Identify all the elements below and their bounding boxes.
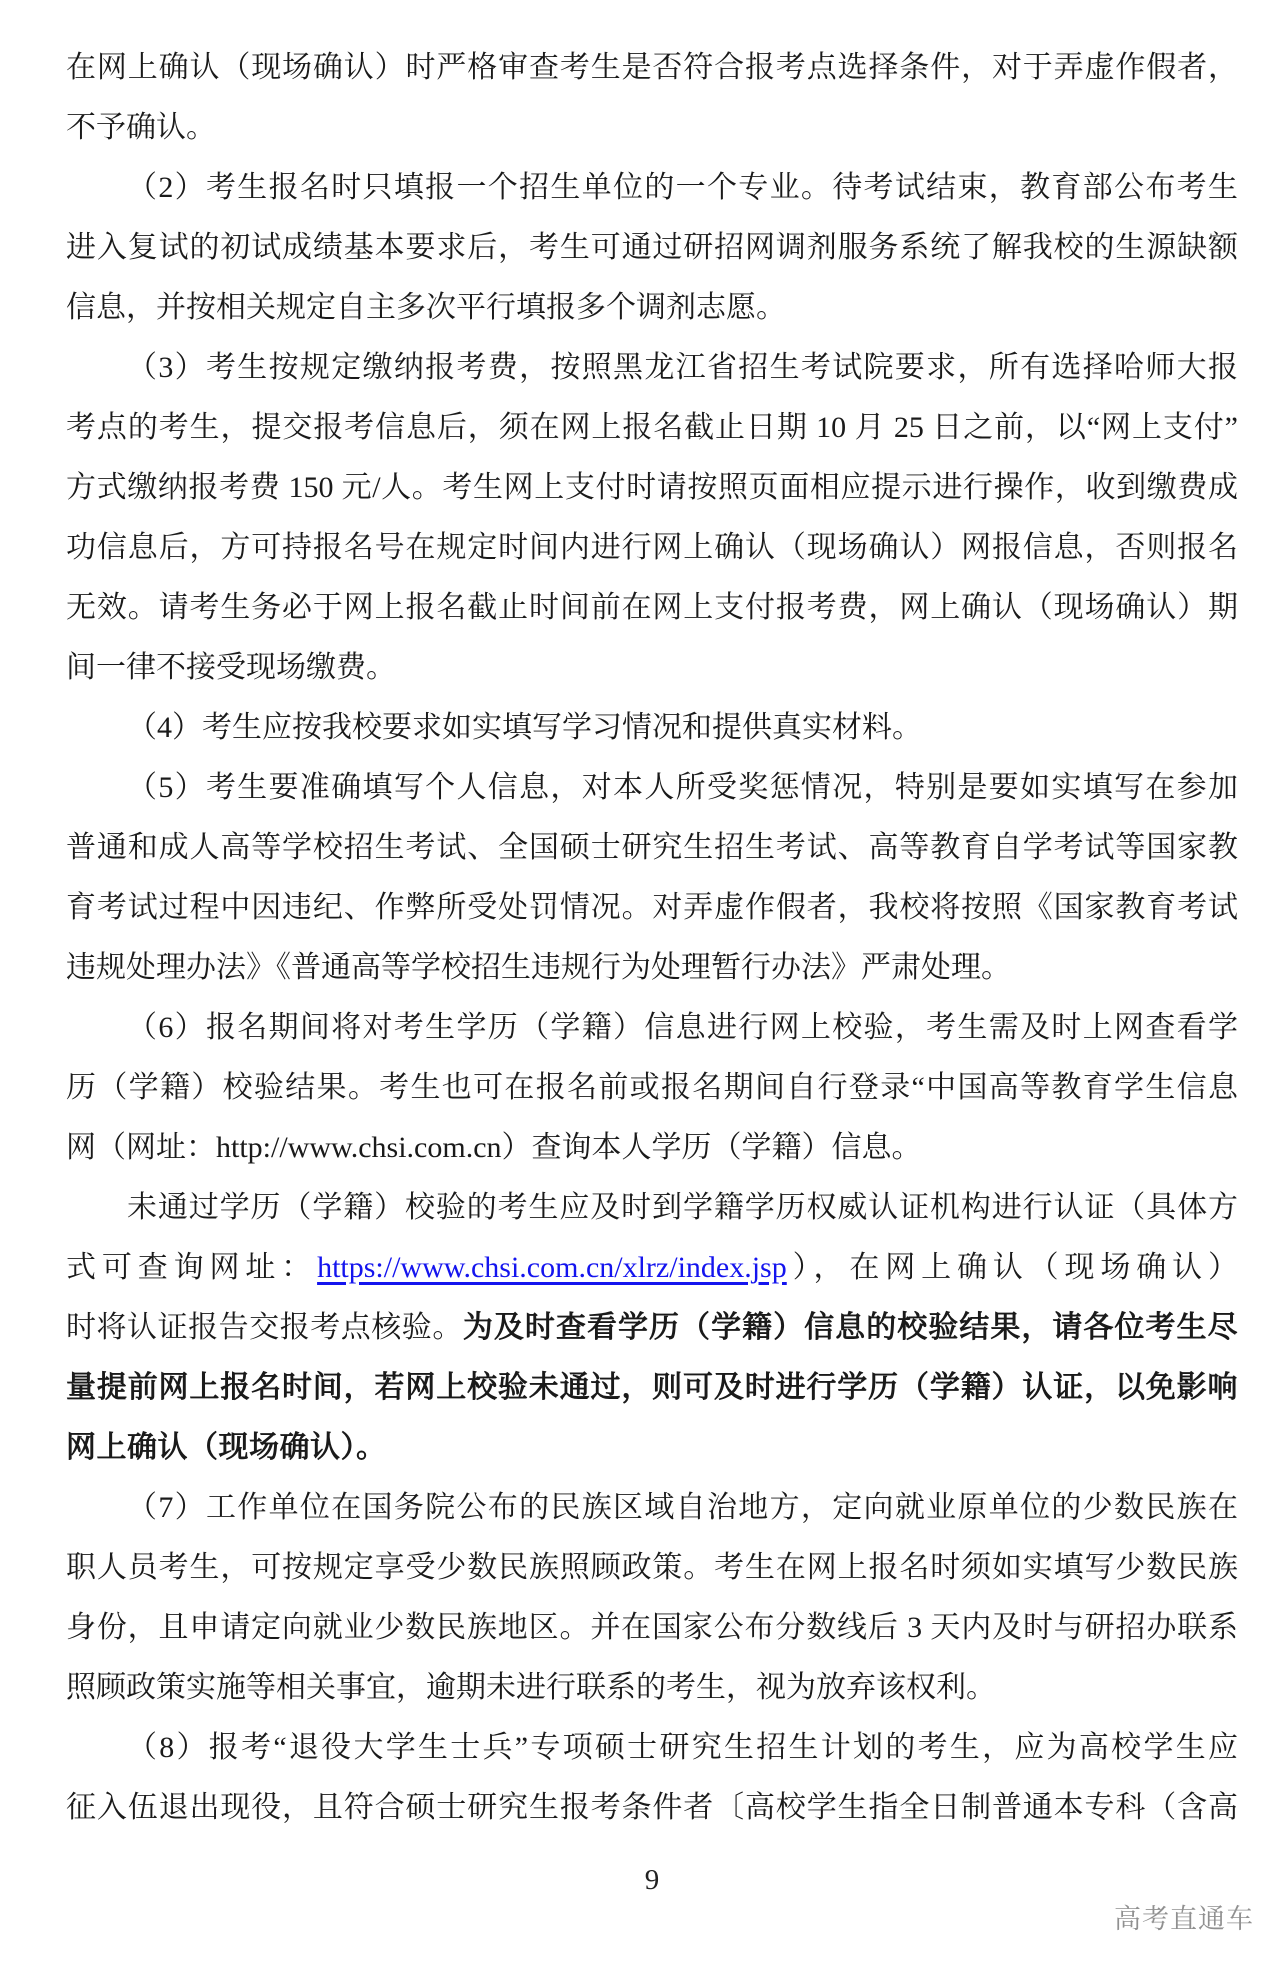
text-line: 普通和成人高等学校招生考试、全国硕士研究生招生考试、高等教育自学考试等国家教 [66, 818, 1238, 878]
bold-text-segment: 为及时查看学历（学籍）信息的校验结果，请各位考生尽 [463, 1311, 1238, 1344]
text-segment: 考点的考生，提交报考信息后，须在网上报名截止日期 10 月 25 日之前，以“网… [66, 411, 1238, 444]
text-line: 无效。请考生务必于网上报名截止时间前在网上支付报考费，网上确认（现场确认）期 [66, 578, 1238, 638]
text-line: 网上确认（现场确认）。 [66, 1418, 1238, 1478]
text-segment: 不予确认。 [66, 111, 216, 144]
text-segment: 功信息后，方可持报名号在规定时间内进行网上确认（现场确认）网报信息，否则报名 [66, 531, 1238, 564]
text-line: 不予确认。 [66, 98, 1238, 158]
text-segment: （4）考生应按我校要求如实填写学习情况和提供真实材料。 [127, 711, 922, 744]
text-line: 信息，并按相关规定自主多次平行填报多个调剂志愿。 [66, 278, 1238, 338]
text-line: 征入伍退出现役，且符合硕士研究生报考条件者〔高校学生指全日制普通本专科（含高 [66, 1778, 1238, 1838]
text-line: （3）考生按规定缴纳报考费，按照黑龙江省招生考试院要求，所有选择哈师大报 [66, 338, 1238, 398]
text-line: 网（网址：http://www.chsi.com.cn）查询本人学历（学籍）信息… [66, 1118, 1238, 1178]
text-segment: ），在网上确认（现场确认） [787, 1251, 1238, 1284]
text-segment: 身份，且申请定向就业少数民族地区。并在国家公布分数线后 3 天内及时与研招办联系 [66, 1611, 1238, 1644]
text-segment: 信息，并按相关规定自主多次平行填报多个调剂志愿。 [66, 291, 786, 324]
document-lines: 在网上确认（现场确认）时严格审查考生是否符合报考点选择条件，对于弄虚作假者，不予… [66, 38, 1238, 1838]
text-line: 未通过学历（学籍）校验的考生应及时到学籍学历权威认证机构进行认证（具体方 [66, 1178, 1238, 1238]
text-line: 方式缴纳报考费 150 元/人。考生网上支付时请按照页面相应提示进行操作，收到缴… [66, 458, 1238, 518]
text-segment: （5）考生要准确填写个人信息，对本人所受奖惩情况，特别是要如实填写在参加 [127, 771, 1238, 804]
text-line: 间一律不接受现场缴费。 [66, 638, 1238, 698]
text-segment: （6）报名期间将对考生学历（学籍）信息进行网上校验，考生需及时上网查看学 [127, 1011, 1238, 1044]
text-line: 违规处理办法》《普通高等学校招生违规行为处理暂行办法》严肃处理。 [66, 938, 1238, 998]
text-segment: （8）报考“退役大学生士兵”专项硕士研究生招生计划的考生，应为高校学生应 [127, 1731, 1238, 1764]
text-line: 历（学籍）校验结果。考生也可在报名前或报名期间自行登录“中国高等教育学生信息 [66, 1058, 1238, 1118]
bold-text-segment: 量提前网上报名时间，若网上校验未通过，则可及时进行学历（学籍）认证，以免影响 [66, 1371, 1238, 1404]
text-segment: 时将认证报告交报考点核验。 [66, 1311, 463, 1344]
chsi-verification-link[interactable]: https://www.chsi.com.cn/xlrz/index.jsp [317, 1251, 787, 1284]
text-line: 考点的考生，提交报考信息后，须在网上报名截止日期 10 月 25 日之前，以“网… [66, 398, 1238, 458]
text-line: （2）考生报名时只填报一个招生单位的一个专业。待考试结束，教育部公布考生 [66, 158, 1238, 218]
text-line: 育考试过程中因违纪、作弊所受处罚情况。对弄虚作假者，我校将按照《国家教育考试 [66, 878, 1238, 938]
text-line: 职人员考生，可按规定享受少数民族照顾政策。考生在网上报名时须如实填写少数民族 [66, 1538, 1238, 1598]
text-line: （4）考生应按我校要求如实填写学习情况和提供真实材料。 [66, 698, 1238, 758]
text-segment: 历（学籍）校验结果。考生也可在报名前或报名期间自行登录“中国高等教育学生信息 [66, 1071, 1238, 1104]
text-line: （6）报名期间将对考生学历（学籍）信息进行网上校验，考生需及时上网查看学 [66, 998, 1238, 1058]
text-line: 身份，且申请定向就业少数民族地区。并在国家公布分数线后 3 天内及时与研招办联系 [66, 1598, 1238, 1658]
text-segment: 照顾政策实施等相关事宜，逾期未进行联系的考生，视为放弃该权利。 [66, 1671, 996, 1704]
text-line: （7）工作单位在国务院公布的民族区域自治地方，定向就业原单位的少数民族在 [66, 1478, 1238, 1538]
text-segment: 方式缴纳报考费 150 元/人。考生网上支付时请按照页面相应提示进行操作，收到缴… [66, 471, 1238, 504]
text-segment: （3）考生按规定缴纳报考费，按照黑龙江省招生考试院要求，所有选择哈师大报 [127, 351, 1238, 384]
text-segment: 在网上确认（现场确认）时严格审查考生是否符合报考点选择条件，对于弄虚作假者， [66, 51, 1238, 84]
text-segment: 进入复试的初试成绩基本要求后，考生可通过研招网调剂服务系统了解我校的生源缺额 [66, 231, 1238, 264]
text-line: 量提前网上报名时间，若网上校验未通过，则可及时进行学历（学籍）认证，以免影响 [66, 1358, 1238, 1418]
text-line: 照顾政策实施等相关事宜，逾期未进行联系的考生，视为放弃该权利。 [66, 1658, 1238, 1718]
text-line: 进入复试的初试成绩基本要求后，考生可通过研招网调剂服务系统了解我校的生源缺额 [66, 218, 1238, 278]
text-line: 在网上确认（现场确认）时严格审查考生是否符合报考点选择条件，对于弄虚作假者， [66, 38, 1238, 98]
text-segment: 普通和成人高等学校招生考试、全国硕士研究生招生考试、高等教育自学考试等国家教 [66, 831, 1238, 864]
text-segment: （2）考生报名时只填报一个招生单位的一个专业。待考试结束，教育部公布考生 [127, 171, 1238, 204]
document-page: 在网上确认（现场确认）时严格审查考生是否符合报考点选择条件，对于弄虚作假者，不予… [0, 0, 1280, 1962]
text-segment: 网（网址：http://www.chsi.com.cn）查询本人学历（学籍）信息… [66, 1131, 922, 1164]
text-segment: 征入伍退出现役，且符合硕士研究生报考条件者〔高校学生指全日制普通本专科（含高 [66, 1791, 1238, 1824]
text-segment: （7）工作单位在国务院公布的民族区域自治地方，定向就业原单位的少数民族在 [127, 1491, 1238, 1524]
text-segment: 育考试过程中因违纪、作弊所受处罚情况。对弄虚作假者，我校将按照《国家教育考试 [66, 891, 1238, 924]
text-segment: 式可查询网址： [66, 1251, 317, 1284]
text-segment: 未通过学历（学籍）校验的考生应及时到学籍学历权威认证机构进行认证（具体方 [127, 1191, 1238, 1224]
text-line: 时将认证报告交报考点核验。为及时查看学历（学籍）信息的校验结果，请各位考生尽 [66, 1298, 1238, 1358]
text-segment: 违规处理办法》《普通高等学校招生违规行为处理暂行办法》严肃处理。 [66, 951, 1011, 984]
text-line: （5）考生要准确填写个人信息，对本人所受奖惩情况，特别是要如实填写在参加 [66, 758, 1238, 818]
page-number: 9 [66, 1862, 1238, 1898]
watermark: 高考直通车 [1114, 1902, 1254, 1936]
text-line: 功信息后，方可持报名号在规定时间内进行网上确认（现场确认）网报信息，否则报名 [66, 518, 1238, 578]
bold-text-segment: 网上确认（现场确认）。 [66, 1431, 387, 1464]
text-segment: 间一律不接受现场缴费。 [66, 651, 396, 684]
text-segment: 无效。请考生务必于网上报名截止时间前在网上支付报考费，网上确认（现场确认）期 [66, 591, 1238, 624]
text-segment: 职人员考生，可按规定享受少数民族照顾政策。考生在网上报名时须如实填写少数民族 [66, 1551, 1238, 1584]
text-line: （8）报考“退役大学生士兵”专项硕士研究生招生计划的考生，应为高校学生应 [66, 1718, 1238, 1778]
text-line: 式可查询网址：https://www.chsi.com.cn/xlrz/inde… [66, 1238, 1238, 1298]
